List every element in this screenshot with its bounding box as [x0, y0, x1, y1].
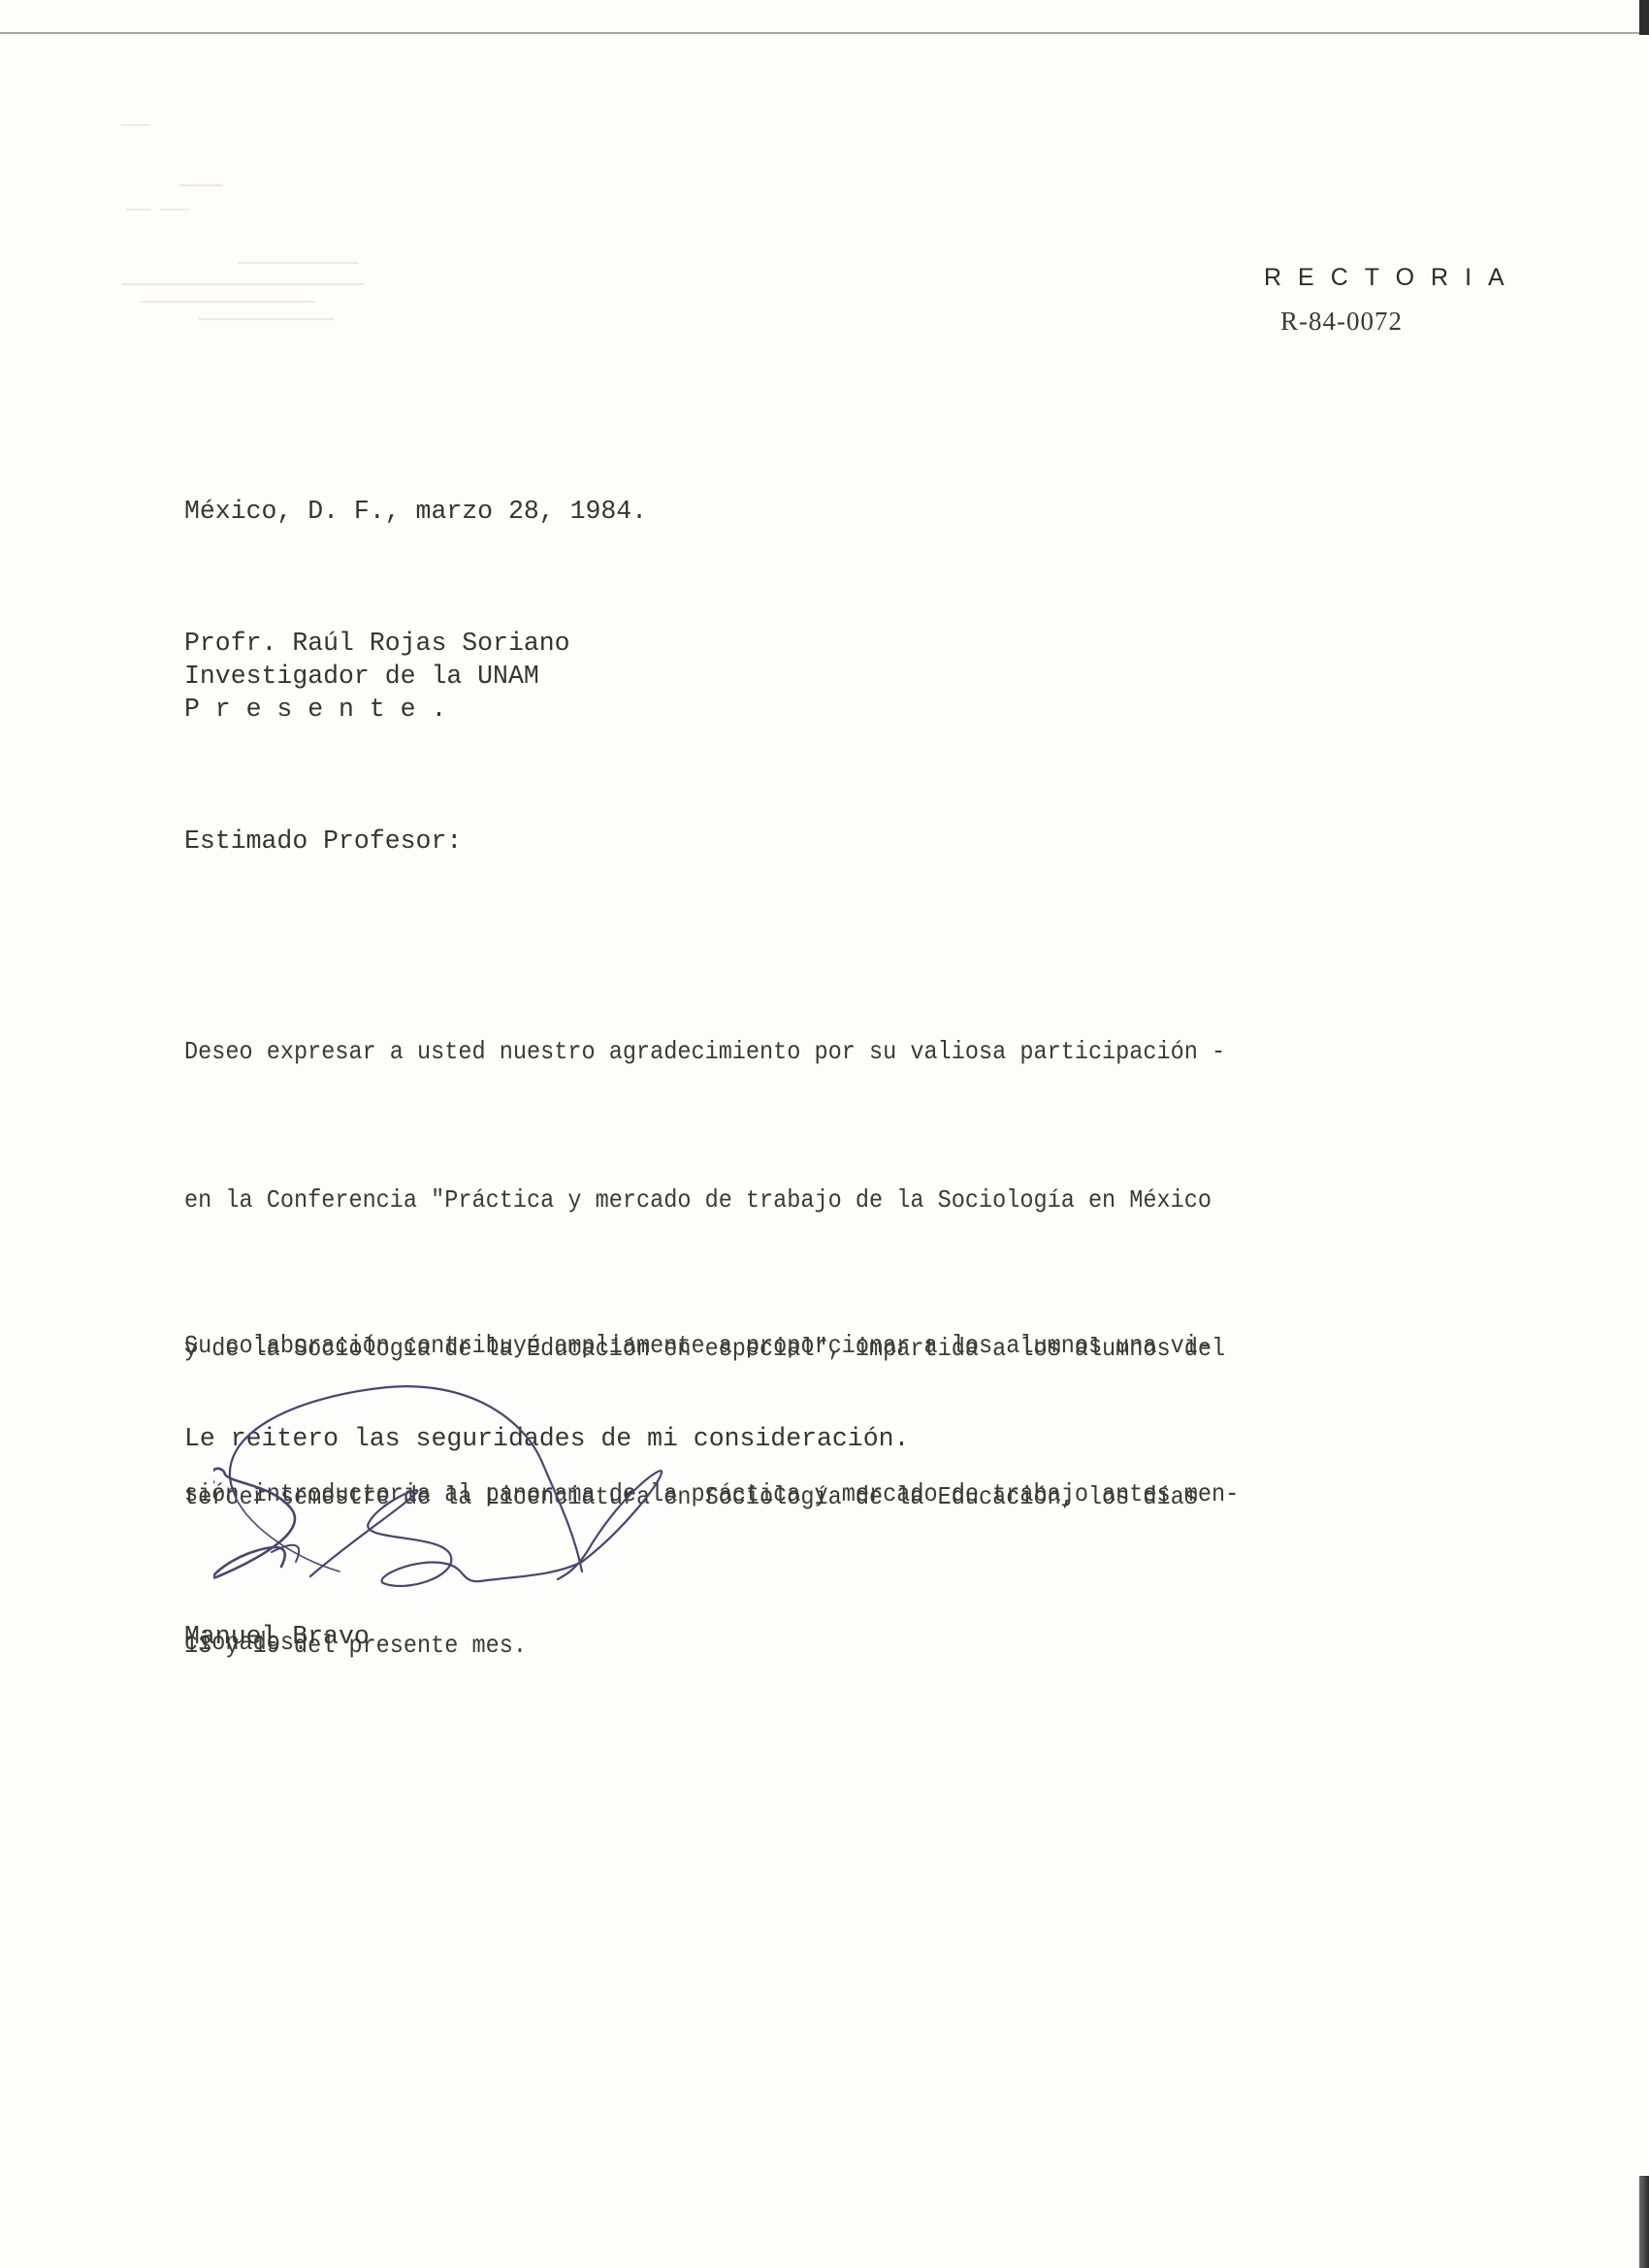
signatory-name: Manuel Bravo [184, 1622, 370, 1651]
salutation: Estimado Profesor: [184, 826, 462, 856]
date-line: México, D. F., marzo 28, 1984. [184, 497, 647, 526]
scan-right-edge-shadow-bottom [1639, 2176, 1649, 2268]
letter-header: RECTORIA R-84-0072 [1264, 264, 1521, 337]
paragraph-line: Deseo expresar a usted nuestro agradecim… [184, 1027, 1225, 1077]
paragraph-line: en la Conferencia "Práctica y mercado de… [184, 1176, 1225, 1225]
reference-number: R-84-0072 [1280, 307, 1521, 337]
recipient-name: Profr. Raúl Rojas Soriano [184, 629, 570, 658]
recipient-presente: P r e s e n t e . [184, 695, 446, 724]
scan-top-edge-line [0, 32, 1639, 34]
closing-line: Le reitero las seguridades de mi conside… [184, 1424, 909, 1453]
office-name: RECTORIA [1264, 264, 1521, 292]
paragraph-line: sión introductoria al panorama de la prá… [184, 1470, 1239, 1519]
recipient-title: Investigador de la UNAM [184, 662, 539, 691]
paragraph-line: Su colaboración contribuyó ampliamente a… [184, 1321, 1239, 1371]
scan-right-edge-shadow-top [1639, 0, 1649, 35]
faded-letterhead-marks [121, 116, 373, 320]
